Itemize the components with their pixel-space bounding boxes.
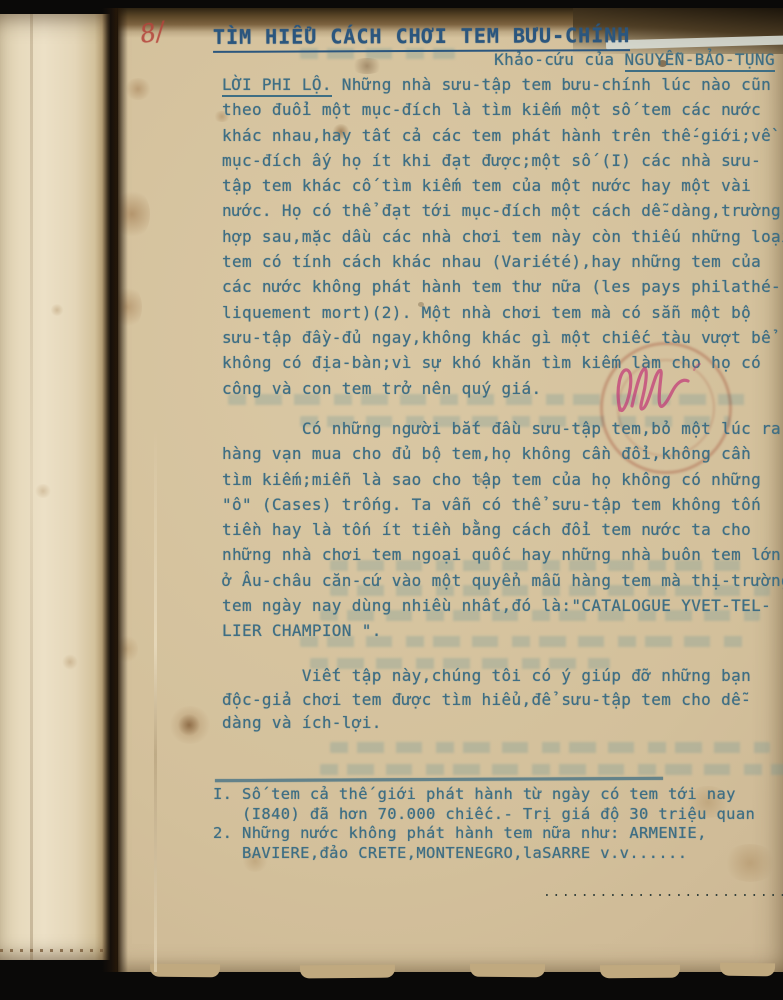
torn-page-edge bbox=[600, 965, 680, 979]
foxing-stain bbox=[178, 714, 200, 736]
byline-author: NGUYỄN-BẢO-TỤNG bbox=[625, 50, 776, 72]
foxing-stain bbox=[50, 304, 64, 316]
signature-mark bbox=[610, 356, 706, 418]
foxing-stain bbox=[124, 78, 152, 100]
album-page: 8/ TÌM HIỂU CÁCH CHƠI TEM BƯU-CHÍNH Khảo… bbox=[118, 8, 783, 972]
footnotes: I. Số tem cả thế giới phát hành từ ngày … bbox=[213, 785, 755, 863]
facing-page-edge bbox=[0, 14, 110, 960]
bleedthrough-text bbox=[320, 764, 783, 775]
scanned-album-page: 8/ TÌM HIỂU CÁCH CHƠI TEM BƯU-CHÍNH Khảo… bbox=[0, 0, 783, 1000]
foxing-stain bbox=[62, 654, 78, 670]
foxing-stain bbox=[34, 484, 52, 498]
byline: Khảo-cứu của NGUYỄN-BẢO-TỤNG bbox=[494, 50, 775, 69]
vertical-crease bbox=[154, 428, 157, 972]
torn-page-edge bbox=[470, 964, 545, 978]
torn-page-edge bbox=[150, 964, 220, 978]
paragraph-1: LỜI PHI LỘ. Những nhà sưu-tập tem bưu-ch… bbox=[222, 72, 783, 401]
paragraph-lead: LỜI PHI LỘ. bbox=[222, 75, 332, 97]
page-title: TÌM HIỂU CÁCH CHƠI TEM BƯU-CHÍNH bbox=[213, 23, 630, 53]
torn-page-edge bbox=[300, 965, 395, 979]
paragraph-1-text: Những nhà sưu-tập tem bưu-chính lúc nào … bbox=[222, 75, 783, 398]
torn-page-edge bbox=[720, 963, 775, 977]
paragraph-2: Có những người bắt đầu sưu-tập tem,bỏ mộ… bbox=[222, 416, 783, 644]
page-crease bbox=[30, 14, 33, 960]
byline-prefix: Khảo-cứu của bbox=[494, 50, 624, 69]
foxing-stain bbox=[168, 706, 212, 744]
footnote-separator bbox=[215, 777, 663, 782]
binding-stitches bbox=[0, 949, 110, 952]
dotted-line: .......................... bbox=[543, 885, 783, 900]
book-gutter-shadow bbox=[102, 8, 128, 972]
paragraph-3: Viết tập này,chúng tôi có ý giúp đỡ nhữn… bbox=[222, 664, 751, 735]
bleedthrough-text bbox=[330, 742, 770, 753]
handwritten-corner-mark: 8/ bbox=[138, 16, 167, 49]
